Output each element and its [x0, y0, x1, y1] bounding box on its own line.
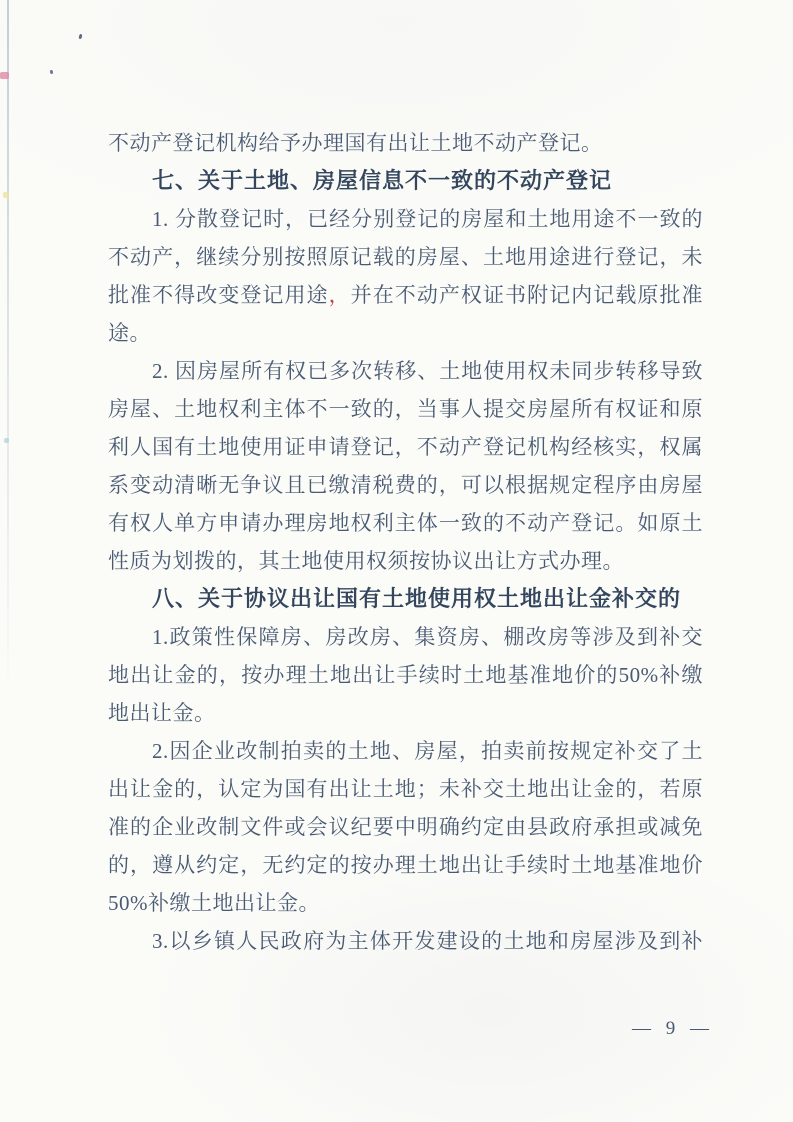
red-punctuation: ， — [329, 283, 351, 307]
text-line: 3.以乡镇人民政府为主体开发建设的土地和房屋涉及到补 — [108, 922, 703, 960]
text-line: 不动产，继续分别按照原记载的房屋、土地用途进行登记，未经 — [108, 238, 703, 276]
text-line: 房屋、土地权利主体不一致的，当事人提交房屋所有权证和原权 — [108, 390, 703, 428]
text-line: 性质为划拨的，其土地使用权须按协议出让方式办理。 — [108, 542, 703, 580]
text-segment: 批准不得改变登记用途 — [108, 283, 329, 307]
text-line: 地出让金的，按办理土地出让手续时土地基准地价的50%补缴土 — [108, 656, 703, 694]
scan-pink-mark — [0, 72, 9, 79]
text-line: 有权人单方申请办理房地权利主体一致的不动产登记。如原土地 — [108, 504, 703, 542]
document-body: 不动产登记机构给予办理国有出让土地不动产登记。七、关于土地、房屋信息不一致的不动… — [108, 124, 703, 960]
scan-blue-mark — [4, 438, 9, 443]
scanned-document-page: { "colors": { "page_bg": "#fbfbf8", "ink… — [0, 0, 793, 1122]
text-line: 准的企业改制文件或会议纪要中明确约定由县政府承担或减免 — [108, 808, 703, 846]
section-heading: 七、关于土地、房屋信息不一致的不动产登记 — [108, 162, 703, 200]
scan-edge-line — [7, 0, 9, 700]
text-line: 批准不得改变登记用途，并在不动产权证书附记内记载原批准用 — [108, 276, 703, 314]
text-line: 途。 — [108, 314, 703, 352]
ink-speck — [50, 70, 54, 75]
text-line: 不动产登记机构给予办理国有出让土地不动产登记。 — [108, 124, 703, 162]
ink-speck — [78, 34, 82, 40]
text-line: 2. 因房屋所有权已多次转移、土地使用权未同步转移导致 — [108, 352, 703, 390]
text-line: 1. 分散登记时，已经分别登记的房屋和土地用途不一致的 — [108, 200, 703, 238]
text-line: 系变动清晰无争议且已缴清税费的，可以根据规定程序由房屋所 — [108, 466, 703, 504]
text-line: 出让金的，认定为国有出让土地；未补交土地出让金的，若原批 — [108, 770, 703, 808]
text-line: 2.因企业改制拍卖的土地、房屋，拍卖前按规定补交了土地 — [108, 732, 703, 770]
scan-yellow-mark — [3, 192, 9, 198]
section-heading: 八、关于协议出让国有土地使用权土地出让金补交的问题 — [108, 580, 703, 618]
page-number: — 9 — — [608, 1018, 738, 1040]
text-line: 50%补缴土地出让金。 — [108, 884, 703, 922]
text-line: 1.政策性保障房、房改房、集资房、棚改房等涉及到补交土 — [108, 618, 703, 656]
text-line: 地出让金。 — [108, 694, 703, 732]
text-line: 的，遵从约定，无约定的按办理土地出让手续时土地基准地价的 — [108, 846, 703, 884]
text-line: 利人国有土地使用证申请登记，不动产登记机构经核实，权属关 — [108, 428, 703, 466]
